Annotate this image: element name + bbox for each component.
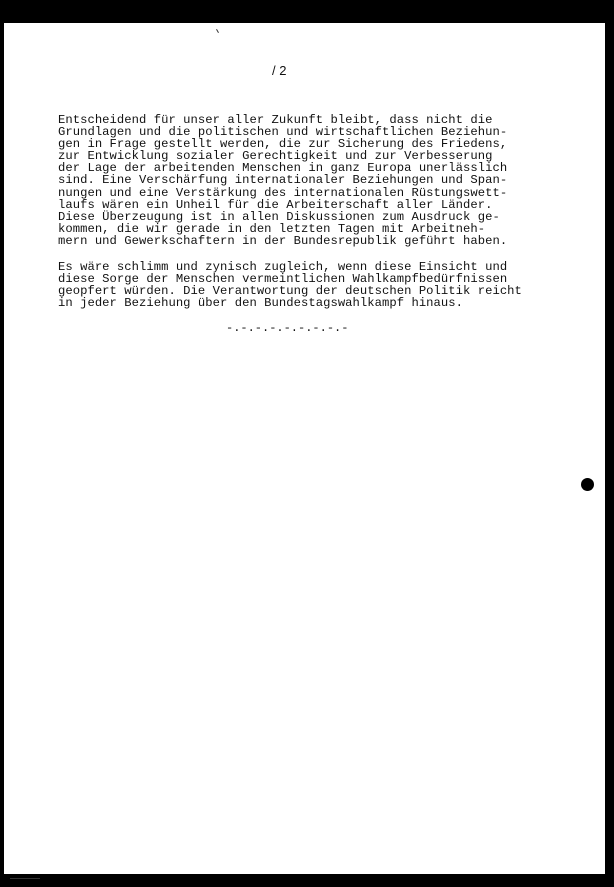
punch-hole-mark bbox=[581, 478, 594, 491]
document-page: / 2 Entscheidend für unser aller Zukunft… bbox=[4, 23, 605, 874]
paragraph-2: Es wäre schlimm und zynisch zugleich, we… bbox=[58, 261, 538, 309]
scan-artifact bbox=[10, 878, 40, 879]
end-divider: -.-.-.-.-.-.-.-.- bbox=[226, 321, 348, 335]
scan-artifact bbox=[216, 29, 219, 33]
page-number: / 2 bbox=[272, 63, 286, 78]
paragraph-1: Entscheidend für unser aller Zukunft ble… bbox=[58, 114, 538, 247]
